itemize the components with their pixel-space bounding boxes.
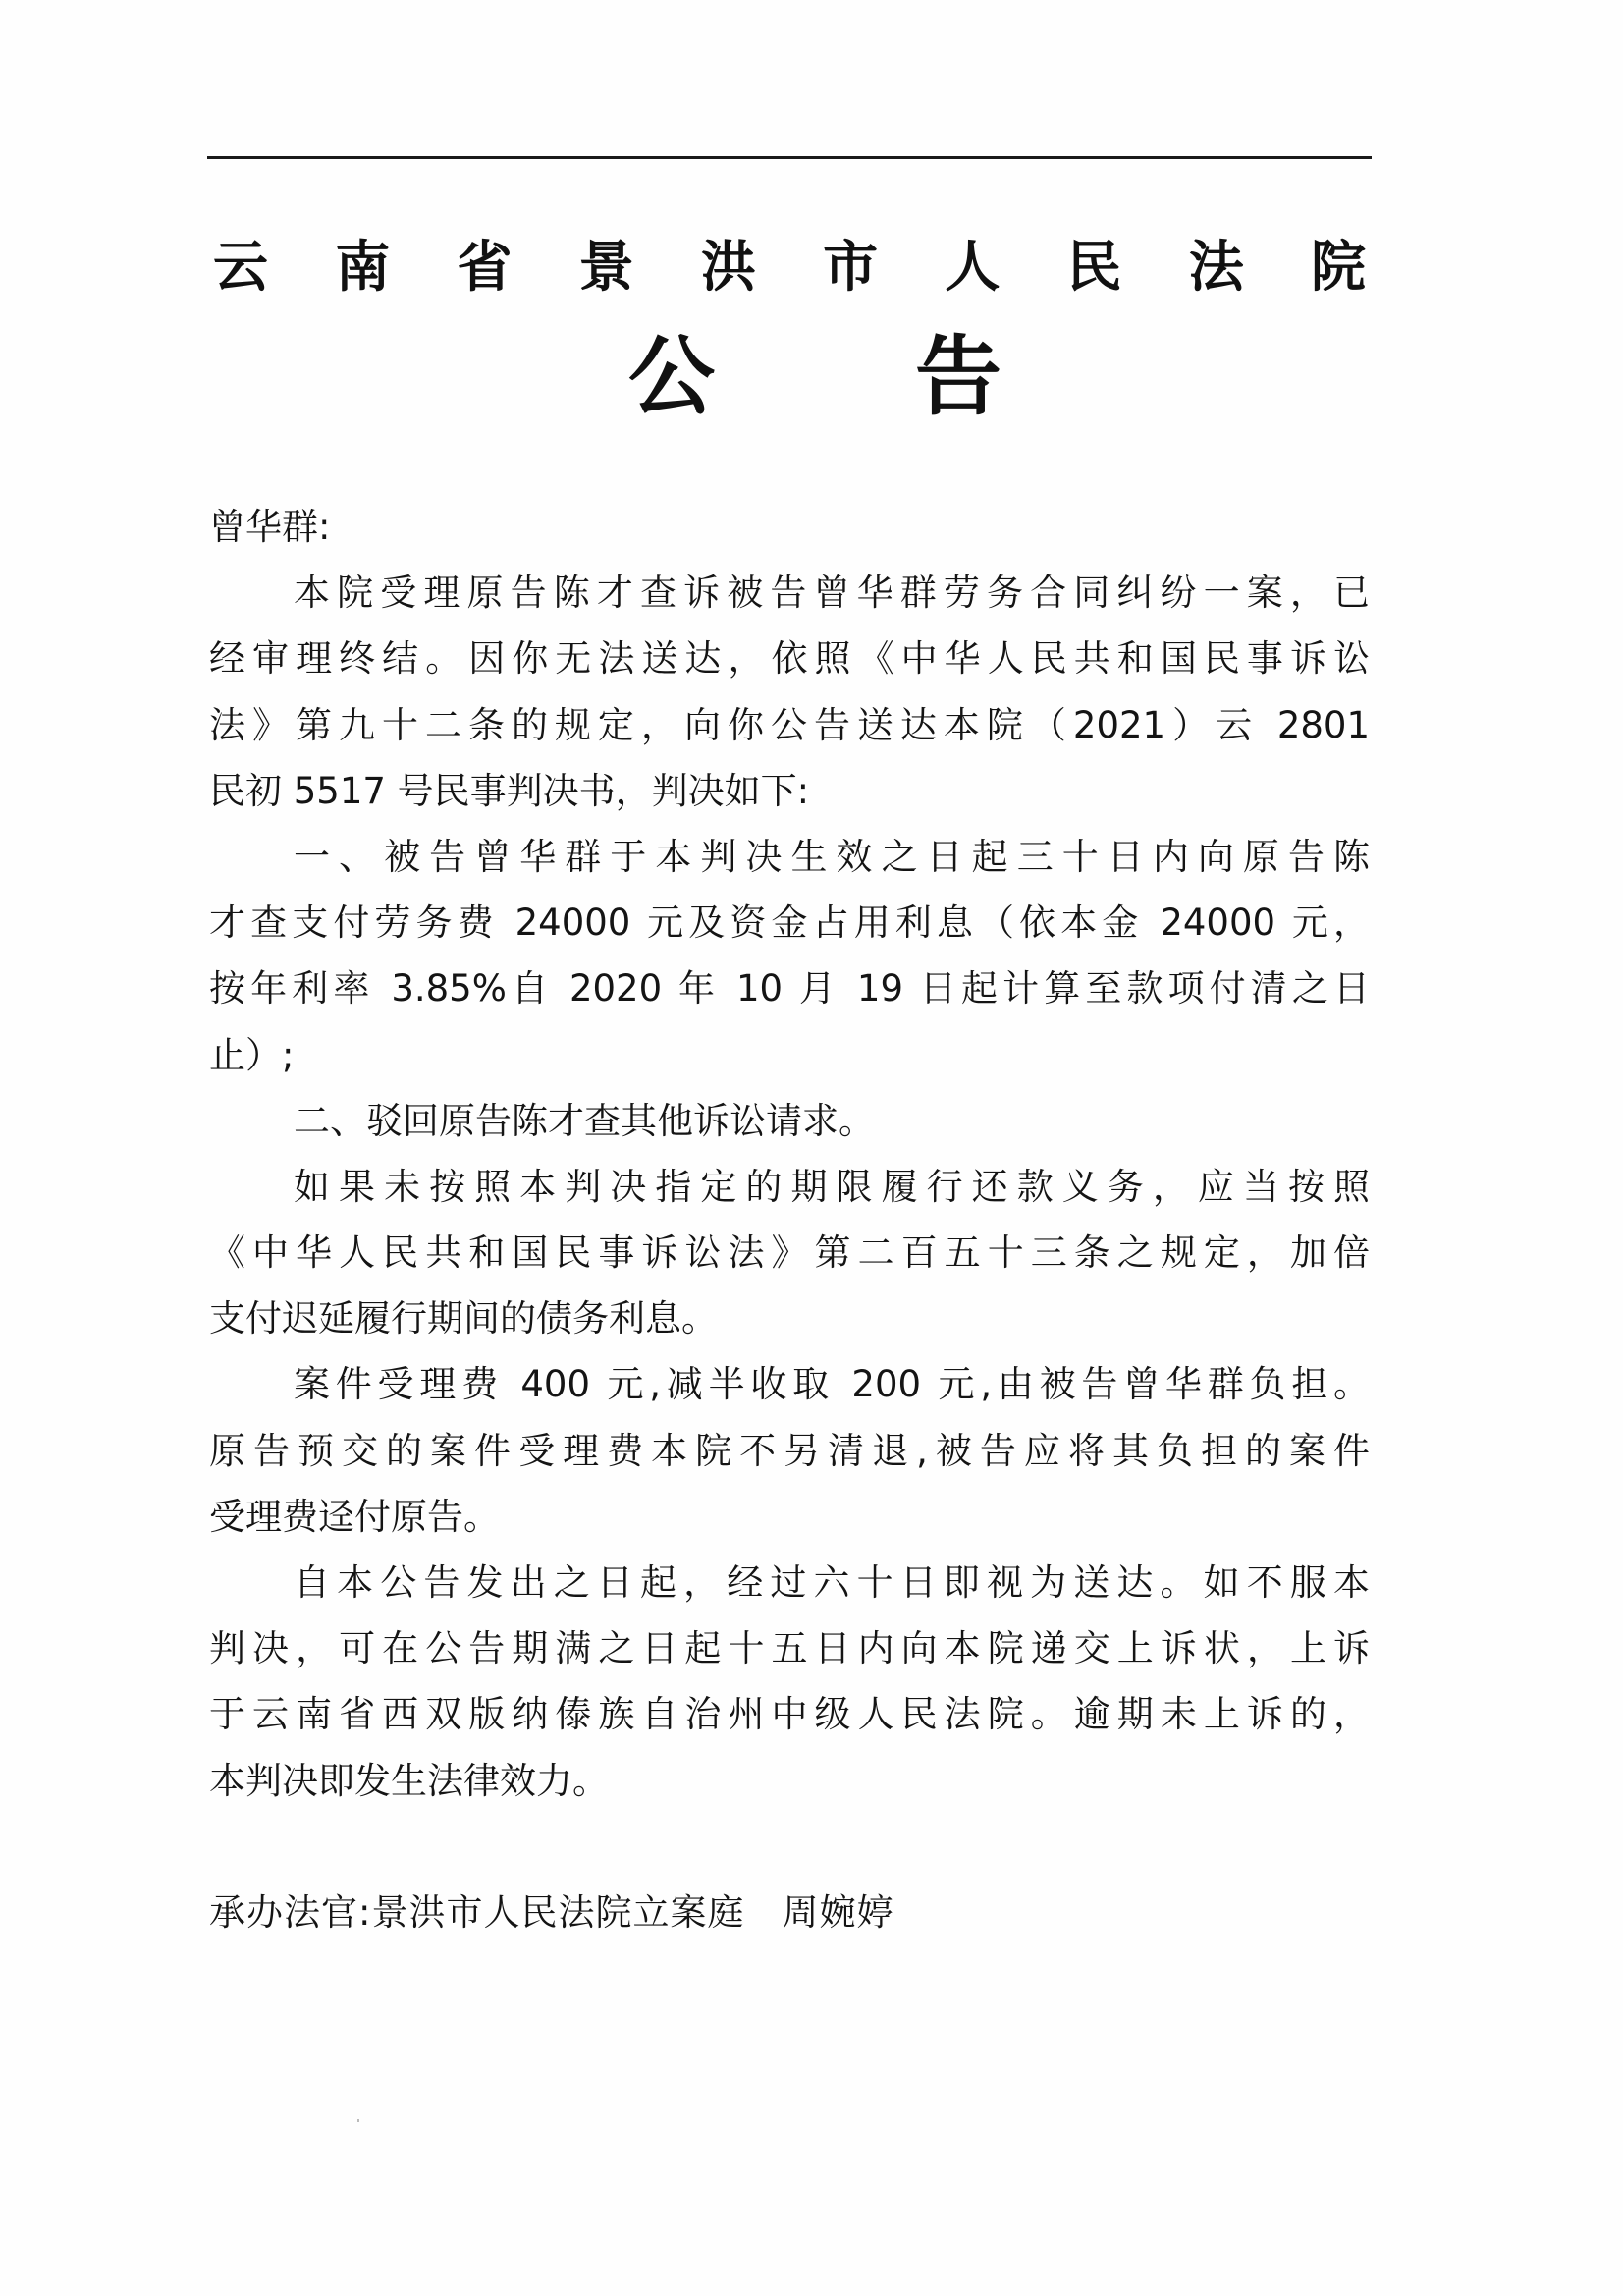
- appeal-line: 判决，可在公告期满之日起十五日内向本院递交上诉状，上诉: [209, 1615, 1370, 1681]
- header-rule-divider: [207, 156, 1372, 159]
- body-line: 经审理终结。因你无法送达，依照《中华人民共和国民事诉讼: [209, 626, 1370, 691]
- notice-body: 曾华群: 本院受理原告陈才查诉被告曾华群劳务合同纠纷一案，已 经审理终结。因你无…: [209, 494, 1370, 1945]
- body-line: 法》第九十二条的规定，向你公告送达本院（2021）云 2801: [209, 692, 1370, 758]
- court-name-char: 院: [1311, 224, 1366, 302]
- judgment-item-1-line: 止）;: [209, 1022, 1370, 1088]
- body-line: 民初 5517 号民事判决书，判决如下:: [209, 758, 1370, 824]
- judgment-item-2-line: 二、驳回原告陈才查其他诉讼请求。: [209, 1088, 1370, 1154]
- addressee: 曾华群:: [209, 494, 1370, 560]
- title-char: 告: [915, 308, 1001, 432]
- late-performance-line: 如果未按照本判决指定的期限履行还款义务，应当按照: [209, 1154, 1370, 1220]
- signature-label: 承办法官:: [209, 1891, 371, 1934]
- judge-signature: 承办法官:景洪市人民法院立案庭周婉婷: [209, 1880, 1370, 1945]
- court-name-char: 市: [823, 224, 878, 302]
- title-char: 公: [628, 308, 715, 432]
- court-name-char: 人: [945, 224, 1000, 302]
- appeal-line: 于云南省西双版纳傣族自治州中级人民法院。逾期未上诉的，: [209, 1681, 1370, 1747]
- court-name-heading: 云 南 省 景 洪 市 人 民 法 院: [207, 224, 1372, 302]
- blank-line: [209, 1814, 1370, 1880]
- signature-judge-name: 周婉婷: [782, 1891, 893, 1934]
- court-name-char: 民: [1067, 224, 1122, 302]
- court-name-char: 景: [579, 224, 634, 302]
- body-line: 本院受理原告陈才查诉被告曾华群劳务合同纠纷一案，已: [209, 560, 1370, 626]
- court-name-char: 洪: [701, 224, 756, 302]
- appeal-line: 自本公告发出之日起，经过六十日即视为送达。如不服本: [209, 1550, 1370, 1615]
- court-name-char: 省: [457, 224, 512, 302]
- signature-department: 景洪市人民法院立案庭: [371, 1891, 744, 1934]
- court-name-char: 法: [1189, 224, 1244, 302]
- fees-line: 案件受理费 400 元,减半收取 200 元,由被告曾华群负担。: [209, 1351, 1370, 1417]
- court-name-char: 南: [335, 224, 390, 302]
- court-name-char: 云: [213, 224, 268, 302]
- judgment-item-1-line: 才查支付劳务费 24000 元及资金占用利息（依本金 24000 元，: [209, 890, 1370, 956]
- late-performance-line: 支付迟延履行期间的债务利息。: [209, 1285, 1370, 1351]
- judgment-item-1-line: 按年利率 3.85%自 2020 年 10 月 19 日起计算至款项付清之日: [209, 956, 1370, 1021]
- appeal-line: 本判决即发生法律效力。: [209, 1748, 1370, 1814]
- fees-line: 受理费迳付原告。: [209, 1484, 1370, 1550]
- document-title: 公 告: [550, 316, 1080, 424]
- judgment-item-1-line: 一、被告曾华群于本判决生效之日起三十日内向原告陈: [209, 824, 1370, 890]
- late-performance-line: 《中华人民共和国民事诉讼法》第二百五十三条之规定，加倍: [209, 1220, 1370, 1285]
- scan-speck: [357, 2119, 359, 2122]
- court-notice-page: 云 南 省 景 洪 市 人 民 法 院 公 告 曾华群: 本院受理原告陈才查诉被…: [0, 0, 1623, 2296]
- fees-line: 原告预交的案件受理费本院不另清退,被告应将其负担的案件: [209, 1418, 1370, 1484]
